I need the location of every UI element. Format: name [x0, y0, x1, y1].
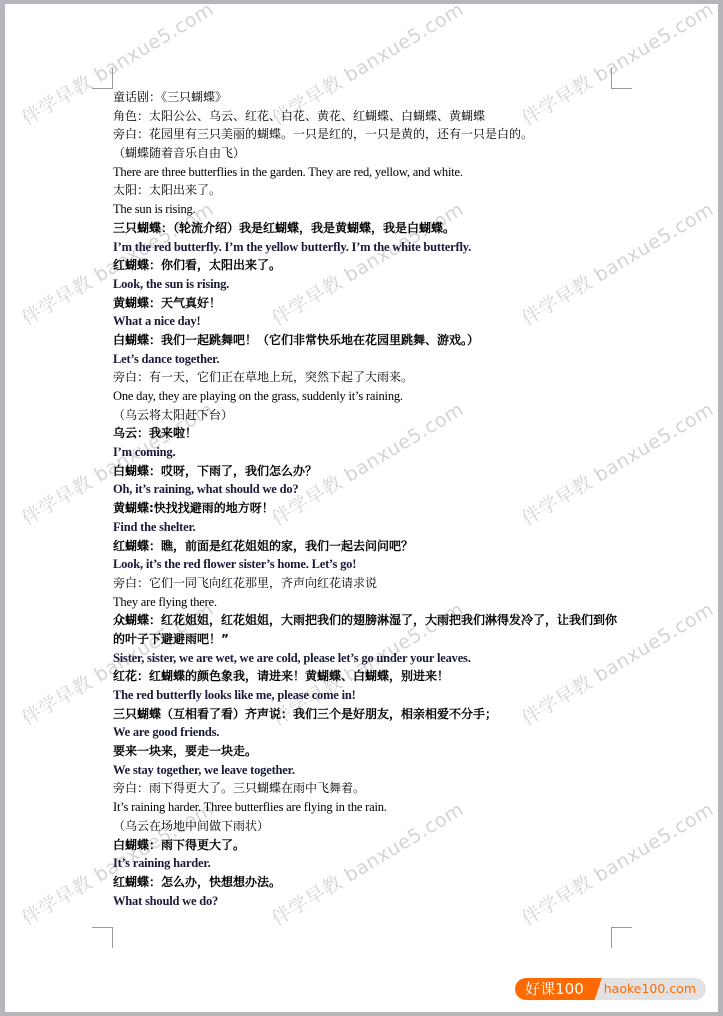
margin-corner-top-left	[92, 68, 113, 89]
dialogue-line-chinese: 红花：红蝴蝶的颜色象我，请进来！黄蝴蝶、白蝴蝶，别进来！	[113, 667, 633, 686]
dialogue-line-chinese: 角色：太阳公公、乌云、红花、白花、黄花、红蝴蝶、白蝴蝶、黄蝴蝶	[113, 107, 633, 126]
document-body: 童话剧：《三只蝴蝶》角色：太阳公公、乌云、红花、白花、黄花、红蝴蝶、白蝴蝶、黄蝴…	[113, 88, 633, 910]
dialogue-line-english: It’s raining harder.	[113, 854, 633, 873]
dialogue-line-chinese: 旁白：它们一同飞向红花那里，齐声向红花请求说	[113, 574, 633, 593]
dialogue-line-chinese: 要来一块来，要走一块走。	[113, 742, 633, 761]
dialogue-line-chinese: 红蝴蝶：你们看，太阳出来了。	[113, 256, 633, 275]
dialogue-line-chinese: 太阳：太阳出来了。	[113, 181, 633, 200]
dialogue-line-english: We stay together, we leave together.	[113, 761, 633, 780]
dialogue-line-chinese: 黄蝴蝶:快找找避雨的地方呀！	[113, 499, 633, 518]
dialogue-line-chinese: 三只蝴蝶（互相看了看）齐声说：我们三个是好朋友，相亲相爱不分手；	[113, 705, 633, 724]
dialogue-line-chinese: 白蝴蝶：哎呀，下雨了，我们怎么办？	[113, 462, 633, 481]
dialogue-line-chinese: （蝴蝶随着音乐自由飞）	[113, 144, 633, 163]
dialogue-line-english: We are good friends.	[113, 723, 633, 742]
dialogue-line-english: Oh, it’s raining, what should we do?	[113, 480, 633, 499]
dialogue-line-chinese: （乌云在场地中间做下雨状）	[113, 817, 633, 836]
dialogue-line-english: Look, the sun is rising.	[113, 275, 633, 294]
dialogue-line-english: They are flying there.	[113, 593, 633, 612]
dialogue-line-chinese: 旁白：雨下得更大了。三只蝴蝶在雨中飞舞着。	[113, 779, 633, 798]
dialogue-line-english: Look, it’s the red flower sister’s home.…	[113, 555, 633, 574]
dialogue-line-english: It’s raining harder. Three butterflies a…	[113, 798, 633, 817]
dialogue-line-chinese: 黄蝴蝶：天气真好！	[113, 294, 633, 313]
logo-brand: 好课100	[515, 978, 602, 1000]
margin-corner-bottom-right	[611, 927, 632, 948]
dialogue-line-english: I’m coming.	[113, 443, 633, 462]
dialogue-line-chinese: 白蝴蝶：雨下得更大了。	[113, 836, 633, 855]
dialogue-line-chinese: 白蝴蝶：我们一起跳舞吧！（它们非常快乐地在花园里跳舞、游戏。）	[113, 331, 633, 350]
dialogue-line-english: There are three butterflies in the garde…	[113, 163, 633, 182]
dialogue-line-chinese: 旁白：有一天，它们正在草地上玩，突然下起了大雨来。	[113, 368, 633, 387]
dialogue-line-chinese: 乌云：我来啦！	[113, 424, 633, 443]
dialogue-line-chinese: （乌云将太阳赶下台）	[113, 406, 633, 425]
dialogue-line-chinese: 众蝴蝶：红花姐姐，红花姐姐，大雨把我们的翅膀淋湿了，大雨把我们淋得发冷了，让我们…	[113, 611, 618, 648]
dialogue-line-english: What a nice day!	[113, 312, 633, 331]
margin-corner-bottom-left	[92, 927, 113, 948]
dialogue-line-english: The sun is rising.	[113, 200, 633, 219]
dialogue-line-english: The red butterfly looks like me, please …	[113, 686, 633, 705]
dialogue-line-chinese: 三只蝴蝶：（轮流介绍）我是红蝴蝶，我是黄蝴蝶，我是白蝴蝶。	[113, 219, 633, 238]
dialogue-line-chinese: 童话剧：《三只蝴蝶》	[113, 88, 633, 107]
dialogue-line-chinese: 红蝴蝶：怎么办，快想想办法。	[113, 873, 633, 892]
dialogue-line-chinese: 旁白：花园里有三只美丽的蝴蝶。一只是红的，一只是黄的，还有一只是白的。	[113, 125, 633, 144]
dialogue-line-english: Let’s dance together.	[113, 350, 633, 369]
dialogue-line-english: Sister, sister, we are wet, we are cold,…	[113, 649, 633, 668]
dialogue-line-english: One day, they are playing on the grass, …	[113, 387, 633, 406]
site-logo[interactable]: 好课100 haoke100.com	[515, 978, 706, 1000]
dialogue-line-english: Find the shelter.	[113, 518, 633, 537]
dialogue-line-chinese: 红蝴蝶：瞧，前面是红花姐姐的家，我们一起去问问吧？	[113, 537, 633, 556]
dialogue-line-english: I’m the red butterfly. I’m the yellow bu…	[113, 238, 633, 257]
dialogue-line-english: What should we do?	[113, 892, 633, 911]
logo-url: haoke100.com	[596, 978, 706, 1000]
document-page: 伴学早教 banxue5.com伴学早教 banxue5.com伴学早教 ban…	[5, 4, 718, 1012]
margin-corner-top-right	[611, 68, 632, 89]
